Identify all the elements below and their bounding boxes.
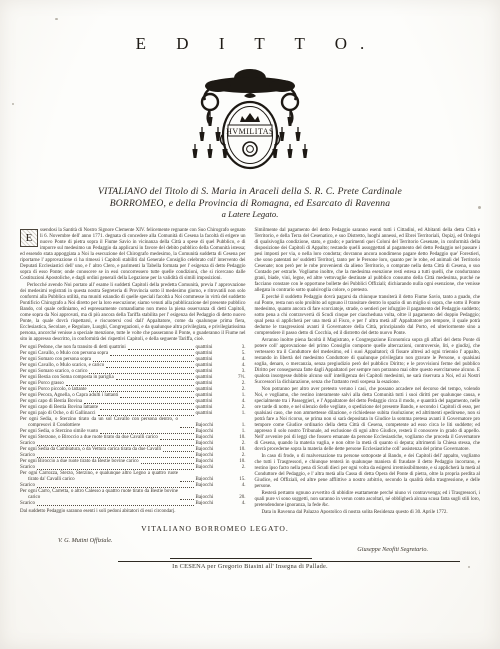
heading-line-2: BORROMEO, e della Provincia di Romagna, … [0,198,500,209]
paragraph: Perlocché avendo Noi portato all' esame … [20,283,246,343]
tariff-item-label: Per ogni Biroccio a due ruote tirato da … [20,459,139,465]
dot-leader [37,505,194,506]
drop-cap-initial: E [20,229,38,247]
dot-leader [141,463,194,464]
dot-leader [37,487,194,488]
heading-line-3: a Latere Legato. [0,209,500,219]
legate-heading: VITALIANO del Titolo di S. Maria in Arac… [0,186,500,219]
scan-speck [468,566,470,568]
borromeo-shield: HVMILITAS [221,93,280,168]
dot-leader [180,481,194,482]
tariff-item-label: Scarico [20,501,35,507]
paragraph-text: ssendosi la Santità di Nostro Signore Cl… [20,228,246,281]
dot-leader [37,469,194,470]
paragraph: Non potranno per altro aver pretesto ver… [255,387,481,453]
motto-text: HVMILITAS [226,127,274,136]
galero-hat-icon [205,69,295,93]
dot-leader [110,355,193,356]
tariff-row: ScaricoBajocchi4. [20,501,246,507]
dot-leader [89,391,194,392]
heading-line-1: VITALIANO del Titolo di S. Maria in Arac… [0,186,500,197]
dot-leader [160,439,194,440]
dot-leader [93,361,194,362]
paragraph: In caso di frode, o di malversazione tra… [255,454,481,490]
dot-leader [84,403,193,404]
dot-leader [106,367,193,368]
printer-imprint: In CESENA per Gregorio Biasini all' Inse… [0,563,500,570]
tariff-closing-note: Dal suddetto Pedaggio saranno esenti i s… [20,509,246,515]
tariff-item-price: Bajocchi2. [196,465,246,471]
tariff-item-label: Per ogni Carrozza, Sterzo, Sterzino, e q… [20,471,178,483]
paragraph: Essendosi la Santità di Nostro Signore C… [20,228,246,282]
edict-document-page: E D I T T O. [0,0,500,649]
paragraph: Resterà pertanto ognuno avvertito di ubb… [255,491,481,509]
dot-leader [100,409,193,410]
cardinal-crest-icon: HVMILITAS [187,65,313,179]
dot-leader [128,349,194,350]
dot-leader [98,415,194,416]
scan-speck [55,18,58,20]
dot-leader [37,445,194,446]
tariff-item-price: quattrini1. [196,411,246,417]
dot-leader [66,385,194,386]
tariff-item-label: Per ogni Sedia da Cambiatura, o da Vettu… [20,447,161,453]
right-column: Similmente dal pagamento del detto Pedag… [255,228,481,516]
dot-leader [120,397,193,398]
page-title: E D I T T O. [0,34,500,54]
dot-leader [180,499,194,500]
dot-leader [116,379,194,380]
signature-line: VITALIANO BORROMEO LEGATO. [20,524,410,533]
left-column: Essendosi la Santità di Nostro Signore C… [20,228,246,516]
tariff-item-price: Bajocchi4. [196,501,246,507]
dateline: Data in Ravenna dal Palazzo Apostolico d… [255,510,481,516]
paragraph: Similmente dal pagamento del detto Pedag… [255,228,481,294]
tariff-item-label: Per ogni Carro, Carretta, o altro Caless… [20,489,178,501]
body-columns: Essendosi la Santità di Nostro Signore C… [0,228,500,516]
crest-crown-icon [240,113,260,122]
tariff-row: Per ogni Carro, Carretta, o altro Caless… [20,489,246,501]
scan-speck [478,206,481,209]
tariff-item-label: Per ogni Sterzone, o Biroccio a due ruot… [20,435,158,441]
officials-row: V. G. Mutini Offiziale. Giuseppe Neofiti… [0,537,500,559]
dot-leader [89,373,193,374]
dot-leader [100,433,193,434]
divider-rule [118,561,460,562]
paragraph: E perchè il suddetto Pedaggio dovrà paga… [255,295,481,337]
tariff-item-label: Per ogni Sedia, o Sterzino tirato da un … [20,417,178,429]
official-left-name: V. G. Mutini Offiziale. [58,537,113,544]
dot-leader [180,427,194,428]
tariff-item-price: Bajocchi4. [196,483,246,489]
dot-leader [37,457,194,458]
coat-of-arms: HVMILITAS [187,65,313,184]
official-right-name: Giuseppe Neofiti Segretario. [357,546,428,553]
tariff-row: Per ogni Carrozza, Sterzo, Sterzino, e q… [20,471,246,483]
dot-leader [163,451,193,452]
scan-speck [12,103,14,105]
tariff-row: Per ogni Sedia, o Sterzino tirato da un … [20,417,246,429]
tariff-table: Per ogni Pedone, che non fa transito di … [20,345,246,507]
paragraph: Avranno inoltre piena facoltà il Magistr… [255,338,481,386]
